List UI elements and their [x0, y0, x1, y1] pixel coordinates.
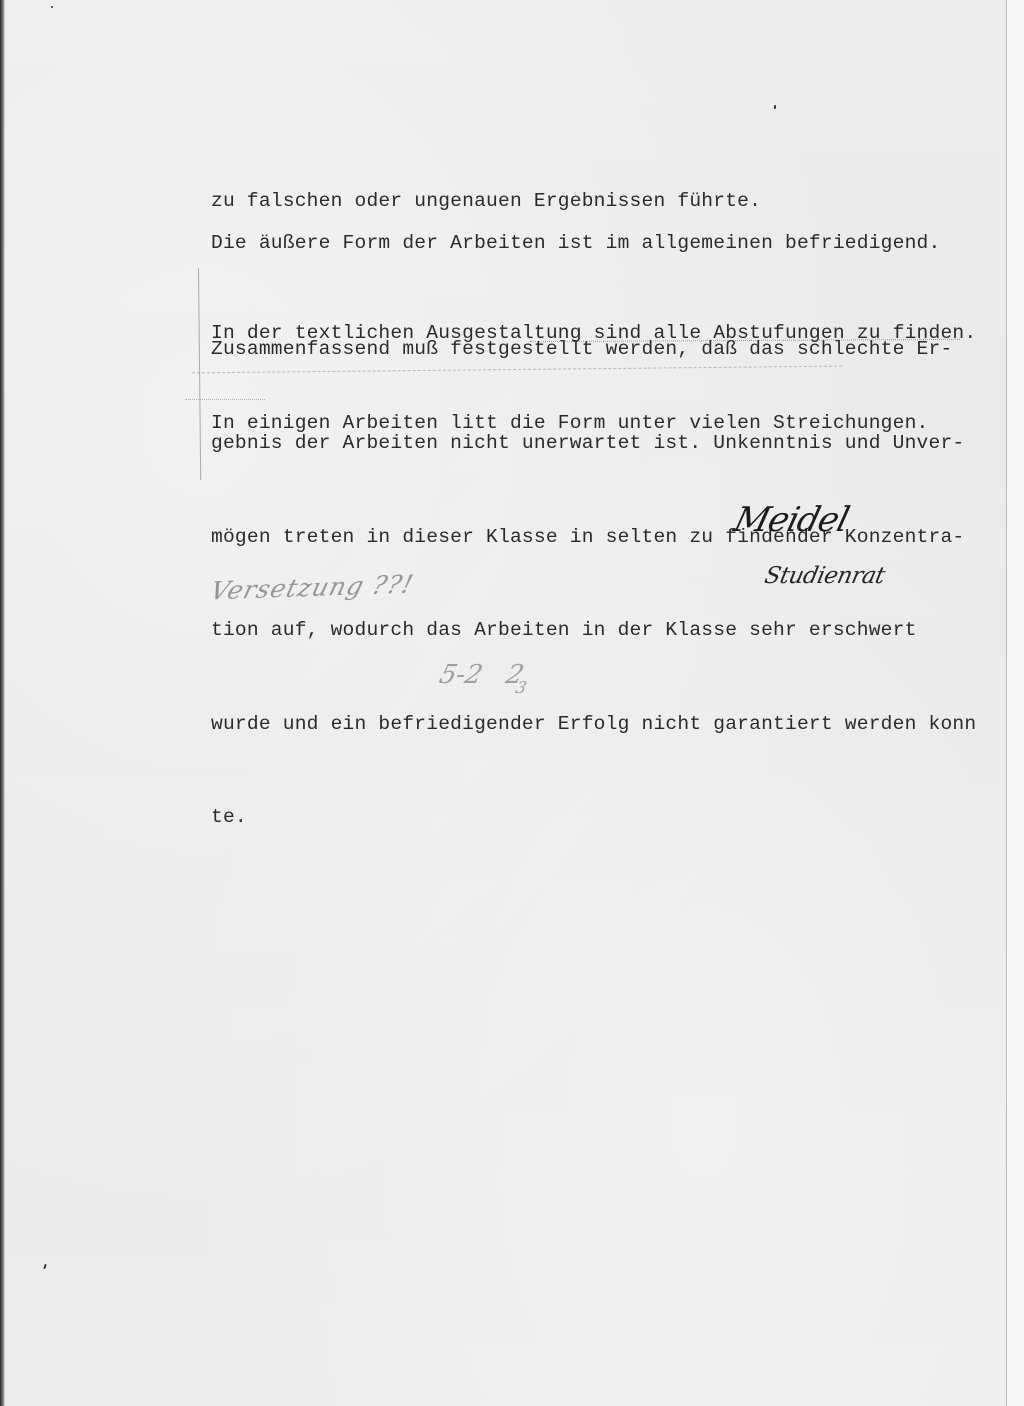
pencil-margin-line: [198, 268, 201, 480]
document-page: zu falschen oder ungenauen Ergebnissen f…: [0, 0, 1006, 1406]
text-line: gebnis der Arbeiten nicht unerwartet ist…: [211, 428, 976, 459]
scan-right-margin: [1006, 0, 1024, 1406]
scan-speck: [774, 105, 776, 109]
scan-left-edge: [0, 0, 5, 1406]
text-line: te.: [211, 802, 976, 833]
text-line: mögen treten in dieser Klasse in selten …: [211, 522, 976, 553]
pencil-grade-whole: 5-2: [436, 660, 485, 690]
scan-speck: [51, 6, 53, 8]
signature-title: Studienrat: [762, 563, 887, 589]
text-line: wurde und ein befriedigender Erfolg nich…: [211, 709, 976, 740]
pencil-grade-annotation: 5-2 23: [436, 660, 533, 690]
signature-name: Meidel: [730, 500, 853, 540]
text-line: tion auf, wodurch das Arbeiten in der Kl…: [211, 615, 976, 646]
scan-speck: [43, 1264, 47, 1269]
text-line: Die äußere Form der Arbeiten ist im allg…: [211, 228, 976, 258]
pencil-underline: [185, 399, 265, 400]
